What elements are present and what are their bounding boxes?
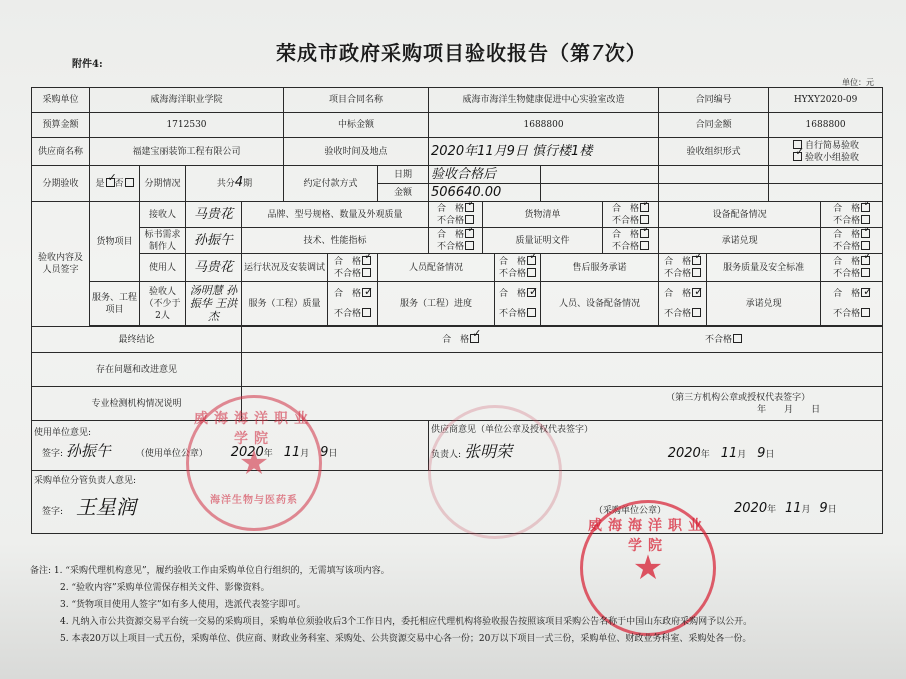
checkbox-team[interactable]: [793, 152, 802, 161]
attachment-label: 附件4:: [72, 55, 103, 70]
user-label: 使用人: [140, 254, 186, 282]
final-conclusion-label: 最终结论: [32, 327, 242, 353]
payment-date-value: 验收合格后: [429, 166, 541, 184]
item-check-4: 合 格不合格: [603, 228, 659, 254]
item-label-3: 技术、性能指标: [242, 228, 429, 254]
org-form-label: 验收组织形式: [659, 138, 769, 166]
note-item: 4. 凡纳入市公共资源交易平台统一交易的采购项目，采购单位须验收后3个工作日内，…: [30, 614, 890, 631]
note-item: 备注: 1. “采购代理机构意见”，履约验收工作由采购单位自行组织的，无需填写该…: [30, 563, 890, 580]
item-label-10: 服务（工程）质量: [242, 282, 328, 326]
item-check-7: 合 格不合格: [495, 254, 541, 282]
org-form-options: 自行简易验收 验收小组验收: [769, 138, 883, 166]
item-check-11: 合 格不合格: [495, 282, 541, 326]
service-project-label: 服务、工程项目: [90, 282, 140, 326]
installment-label: 分期验收: [32, 166, 90, 202]
item-check-1: 合 格不合格: [603, 202, 659, 228]
contract-no-label: 合同编号: [659, 88, 769, 113]
payment-date-label: 日期: [378, 166, 429, 184]
time-place-label: 验收时间及地点: [284, 138, 429, 166]
receiver-signature: 马贵花: [186, 202, 242, 228]
user-unit-label: 使用单位意见:: [34, 427, 426, 439]
supplier-value: 福建宝丽装饰工程有限公司: [90, 138, 284, 166]
supplier-signature: 张明荣: [464, 442, 512, 461]
user-unit-signature: 孙振午: [66, 442, 111, 460]
project-name-value: 威海市海洋生物健康促进中心实验室改造: [429, 88, 659, 113]
note-item: 5. 本表20万以上项目一式五份，采购单位、供应商、财政业务科室、采购处、公共资…: [30, 631, 890, 648]
budget-label: 预算金额: [32, 113, 90, 138]
item-check-10: 合 格不合格: [328, 282, 378, 326]
purchaser-head-opinion: 采购单位分管负责人意见: 签字: 王星润 （采购单位公章） 2020年 11月 …: [32, 471, 883, 534]
title-handwritten-number: 7: [591, 41, 605, 65]
note-item: 3. “货物项目使用人签字”如有多人使用，选派代表签字即可。: [30, 597, 890, 614]
purchaser-value: 威海海洋职业学院: [90, 88, 284, 113]
third-party-label: 专业检测机构情况说明: [32, 387, 242, 421]
installment-no-checkbox[interactable]: [125, 178, 134, 187]
bid-maker-label: 标书需求制作人: [140, 228, 186, 254]
acceptance-form-table: 采购单位 威海海洋职业学院 项目合同名称 威海市海洋生物健康促进中心实验室改造 …: [31, 87, 883, 534]
user-unit-seal-label: （使用单位公章）: [136, 449, 208, 459]
purchaser-head-label: 采购单位分管负责人意见:: [34, 475, 880, 487]
inspector-label: 验收人（不少于2人: [140, 282, 186, 326]
bid-maker-signature: 孙振午: [186, 228, 242, 254]
installment-yes-no: 是否: [90, 166, 140, 202]
item-label-12: 人员、设备配备情况: [541, 282, 659, 326]
item-check-12: 合 格不合格: [659, 282, 707, 326]
item-check-8: 合 格不合格: [659, 254, 707, 282]
installment-total: 共分4期: [186, 166, 284, 202]
conclusion-fail[interactable]: 不合格: [623, 334, 823, 346]
title-suffix: 次）: [605, 41, 647, 65]
item-label-8: 售后服务承诺: [541, 254, 659, 282]
item-label-5: 承诺兑现: [659, 228, 821, 254]
receiver-label: 接收人: [140, 202, 186, 228]
notes-section: 备注: 1. “采购代理机构意见”，履约验收工作由采购单位自行组织的，无需填写该…: [30, 563, 890, 648]
issues-value[interactable]: [242, 353, 883, 387]
installment-periods: 4: [235, 175, 243, 190]
purchaser-label: 采购单位: [32, 88, 90, 113]
supplier-opinion-label: 供应商意见（单位公章及授权代表签字）: [431, 424, 880, 436]
issues-label: 存在问题和改进意见: [32, 353, 242, 387]
item-label-13: 承诺兑现: [707, 282, 821, 326]
item-check-0: 合 格不合格: [429, 202, 483, 228]
contract-amount-label: 合同金额: [659, 113, 769, 138]
title-prefix: 荣成市政府采购项目验收报告（第: [276, 41, 591, 65]
acceptance-section-label: 验收内容及人员签字: [32, 202, 90, 327]
user-signature: 马贵花: [186, 254, 242, 282]
time-place-value: 2020年11月9日 慎行楼1楼: [429, 138, 659, 166]
purchaser-head-signature: 王星润: [76, 495, 136, 519]
contract-amount-value: 1688800: [769, 113, 883, 138]
goods-project-label: 货物项目: [90, 202, 140, 282]
item-label-11: 服务（工程）进度: [378, 282, 495, 326]
item-label-2: 设备配备情况: [659, 202, 821, 228]
item-label-0: 品牌、型号规格、数量及外观质量: [242, 202, 429, 228]
purchaser-head-seal-label: （采购单位公章）: [594, 505, 666, 517]
third-party-note: （第三方机构公章或授权代表签字）: [244, 392, 880, 404]
note-item: 2. “验收内容”采购单位需保存相关文件、影像资料。: [30, 580, 890, 597]
item-check-2: 合 格不合格: [821, 202, 883, 228]
bid-amount-label: 中标金额: [284, 113, 429, 138]
item-check-5: 合 格不合格: [821, 228, 883, 254]
item-check-13: 合 格不合格: [821, 282, 883, 326]
org-form-option-team[interactable]: 验收小组验收: [792, 152, 859, 164]
item-label-7: 人员配备情况: [378, 254, 495, 282]
final-conclusion-options: 合 格 不合格: [242, 327, 883, 353]
project-name-label: 项目合同名称: [284, 88, 429, 113]
supplier-label: 供应商名称: [32, 138, 90, 166]
payment-method-label: 约定付款方式: [284, 166, 378, 202]
user-unit-opinion: 使用单位意见: 签字: 孙振午 （使用单位公章） 2020年 11月 9日: [32, 421, 429, 471]
third-party-value: （第三方机构公章或授权代表签字） 年 月 日: [242, 387, 883, 421]
item-label-1: 货物清单: [483, 202, 603, 228]
item-check-9: 合 格不合格: [821, 254, 883, 282]
item-check-3: 合 格不合格: [429, 228, 483, 254]
item-label-9: 服务质量及安全标准: [707, 254, 821, 282]
inspector-signature: 汤明慧 孙振华 王洪杰: [186, 282, 242, 326]
page-title: 荣成市政府采购项目验收报告（第7次）: [276, 37, 647, 66]
item-label-4: 质量证明文件: [483, 228, 603, 254]
contract-no-value: HYXY2020-09: [769, 88, 883, 113]
conclusion-pass[interactable]: 合 格: [301, 334, 621, 346]
supplier-opinion: 供应商意见（单位公章及授权代表签字） 负责人: 张明荣 2020年 11月 9日: [429, 421, 883, 471]
third-party-date: 年 月 日: [244, 404, 880, 416]
document-page: 附件4: 荣成市政府采购项目验收报告（第7次） 单位：元 采购单位 威海海洋职业…: [0, 0, 906, 679]
installment-yes-checkbox[interactable]: [106, 178, 115, 187]
item-label-6: 运行状况及安装调试: [242, 254, 328, 282]
item-check-6: 合 格不合格: [328, 254, 378, 282]
installment-status-label: 分期情况: [140, 166, 186, 202]
bid-amount-value: 1688800: [429, 113, 659, 138]
budget-value: 1712530: [90, 113, 284, 138]
payment-amount-value: 506640.00: [429, 184, 541, 202]
payment-amount-label: 金额: [378, 184, 429, 202]
